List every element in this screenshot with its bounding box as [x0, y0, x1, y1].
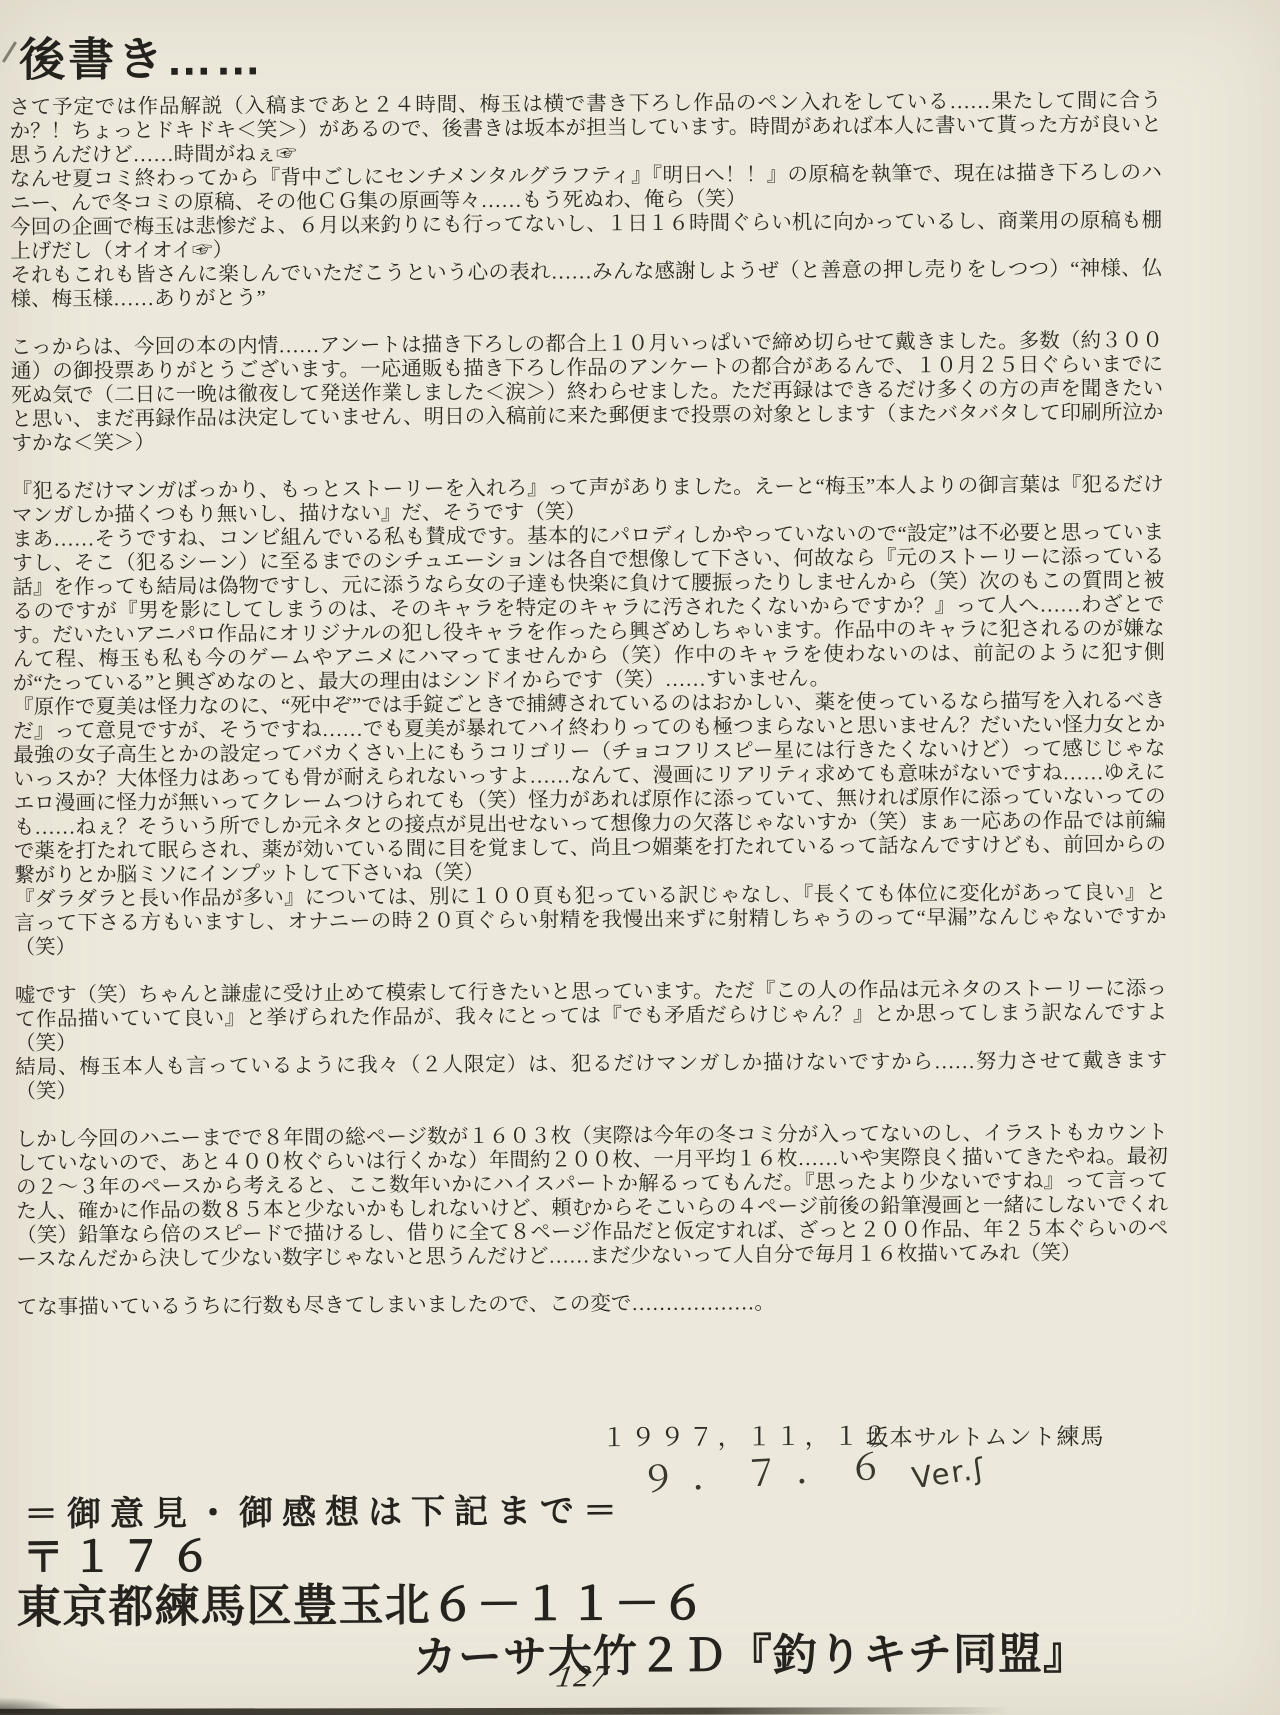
paragraph-block: さて予定では作品解説（入稿まであと２４時間、梅玉は横で書き下ろし作品のペン入れを… [9, 89, 1161, 168]
paragraph-block: 嘘です（笑）ちゃんと謙虚に受け止めて模索して行きたいと思っています。ただ『この人… [15, 977, 1167, 1056]
afterword-body: さて予定では作品解説（入稿まであと２４時間、梅玉は横で書き下ろし作品のペン入れを… [9, 89, 1168, 1320]
paragraph-block: それもこれも皆さんに楽しんでいただこうという心の表れ……みんな感謝しようぜ（と善… [10, 257, 1162, 312]
paragraph-block: 『原作で夏美は怪力なのに、“死中ぞ”では手錠ごときで捕縛されているのはおかしい、… [13, 689, 1166, 888]
paragraph-block: まあ……そうですね、コンビ組んでいる私も賛成です。基本的にパロディしかやっていな… [12, 521, 1165, 696]
paragraph-block: 『犯るだけマンガばっかり、もっとストーリーを入れろ』って声がありました。えーと“… [12, 473, 1164, 528]
paragraph-block: 今回の企画で梅玉は悲惨だよ、６月以来釣りにも行ってないし、１日１６時間ぐらい机に… [10, 209, 1162, 264]
paragraph-block: 『ダラダラと長い作品が多い』については、別に１００頁も犯っている訳じゃなし、『長… [14, 881, 1166, 960]
scan-bottom-edge-artifact [0, 1707, 1010, 1715]
paragraph-block: 結局、梅玉本人も言っているように我々（２人限定）は、犯るだけマンガしか描けないで… [15, 1049, 1167, 1104]
paragraph-block: なんせ夏コミ終わってから『背中ごしにセンチメンタルグラフティ』『明日へ！！』の原… [10, 161, 1162, 216]
page-number: 127 [554, 1658, 613, 1694]
colophon-author: 坂本サルトムント練馬 [865, 1418, 1104, 1452]
address-line2: カーサ大竹２Ｄ『釣りキチ同盟』 [413, 1617, 1088, 1685]
paragraph-block: てな事描いているうちに行数も尽きてしまいましたので、この変で………………。 [17, 1289, 1169, 1320]
page-sheet: 後書き…… さて予定では作品解説（入稿まであと２４時間、梅玉は横で書き下ろし作品… [0, 0, 1280, 1715]
paragraph-block: こっからは、今回の本の内情……アンートは描き下ろしの都合上１０月いっぱいで締め切… [11, 329, 1164, 456]
handwritten-version: Ver.ʃ [910, 1451, 988, 1495]
paragraph-block: しかし今回のハニーまでで８年間の総ページ数が１６０３枚（実際は今年の冬コミ分が入… [16, 1121, 1169, 1272]
scanned-page: 後書き…… さて予定では作品解説（入稿まであと２４時間、梅玉は横で書き下ろし作品… [0, 0, 1280, 1715]
page-title: 後書き…… [19, 22, 264, 89]
scan-corner-smudge-artifact [0, 1697, 70, 1713]
